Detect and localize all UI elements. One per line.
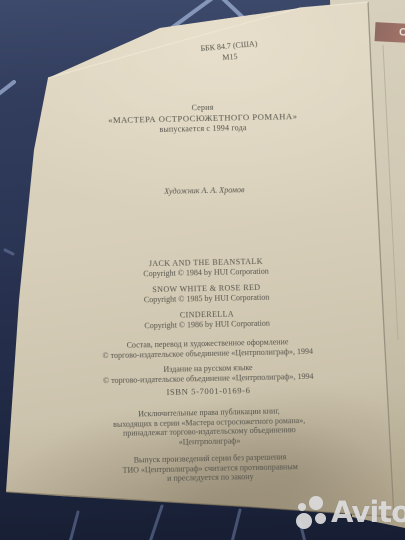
avito-dot-icon xyxy=(296,513,312,529)
page-text: ББК 84.7 (США) М15 Серия «МАСТЕРА ОСТРОС… xyxy=(14,0,397,540)
avito-watermark: Avito xyxy=(296,491,405,533)
avito-logo-icon xyxy=(296,496,328,529)
legal-warning-paragraph: Выпуск произведений серии без разрешения… xyxy=(24,450,397,487)
photo-of-book-page: С ББК 84.7 (США) М15 Серия «МАСТЕРА ОСТР… xyxy=(0,0,405,540)
copyright-entry: JACK AND THE BEANSTALK Copyright © 1984 … xyxy=(20,254,392,281)
exclusive-rights-paragraph: Исключительные права публикации книг, вы… xyxy=(23,404,396,450)
avito-dot-icon xyxy=(309,496,323,510)
avito-wordmark: Avito xyxy=(331,496,405,529)
series-block: Серия «МАСТЕРА ОСТРОСЮЖЕТНОГО РОМАНА» вы… xyxy=(17,99,390,138)
copyright-entry: CINDERELLA Copyright © 1986 by HUI Corpo… xyxy=(21,306,393,333)
bbk-classification: ББК 84.7 (США) М15 xyxy=(43,24,405,80)
avito-dot-icon xyxy=(315,513,326,524)
artist-credit: Художник А. А. Хромов xyxy=(18,182,390,199)
avito-dot-icon xyxy=(298,503,306,511)
compilation-credit: Состав, перевод и художественное оформле… xyxy=(21,335,393,362)
copyright-entry: SNOW WHITE & ROSE RED Copyright © 1985 b… xyxy=(20,280,392,307)
